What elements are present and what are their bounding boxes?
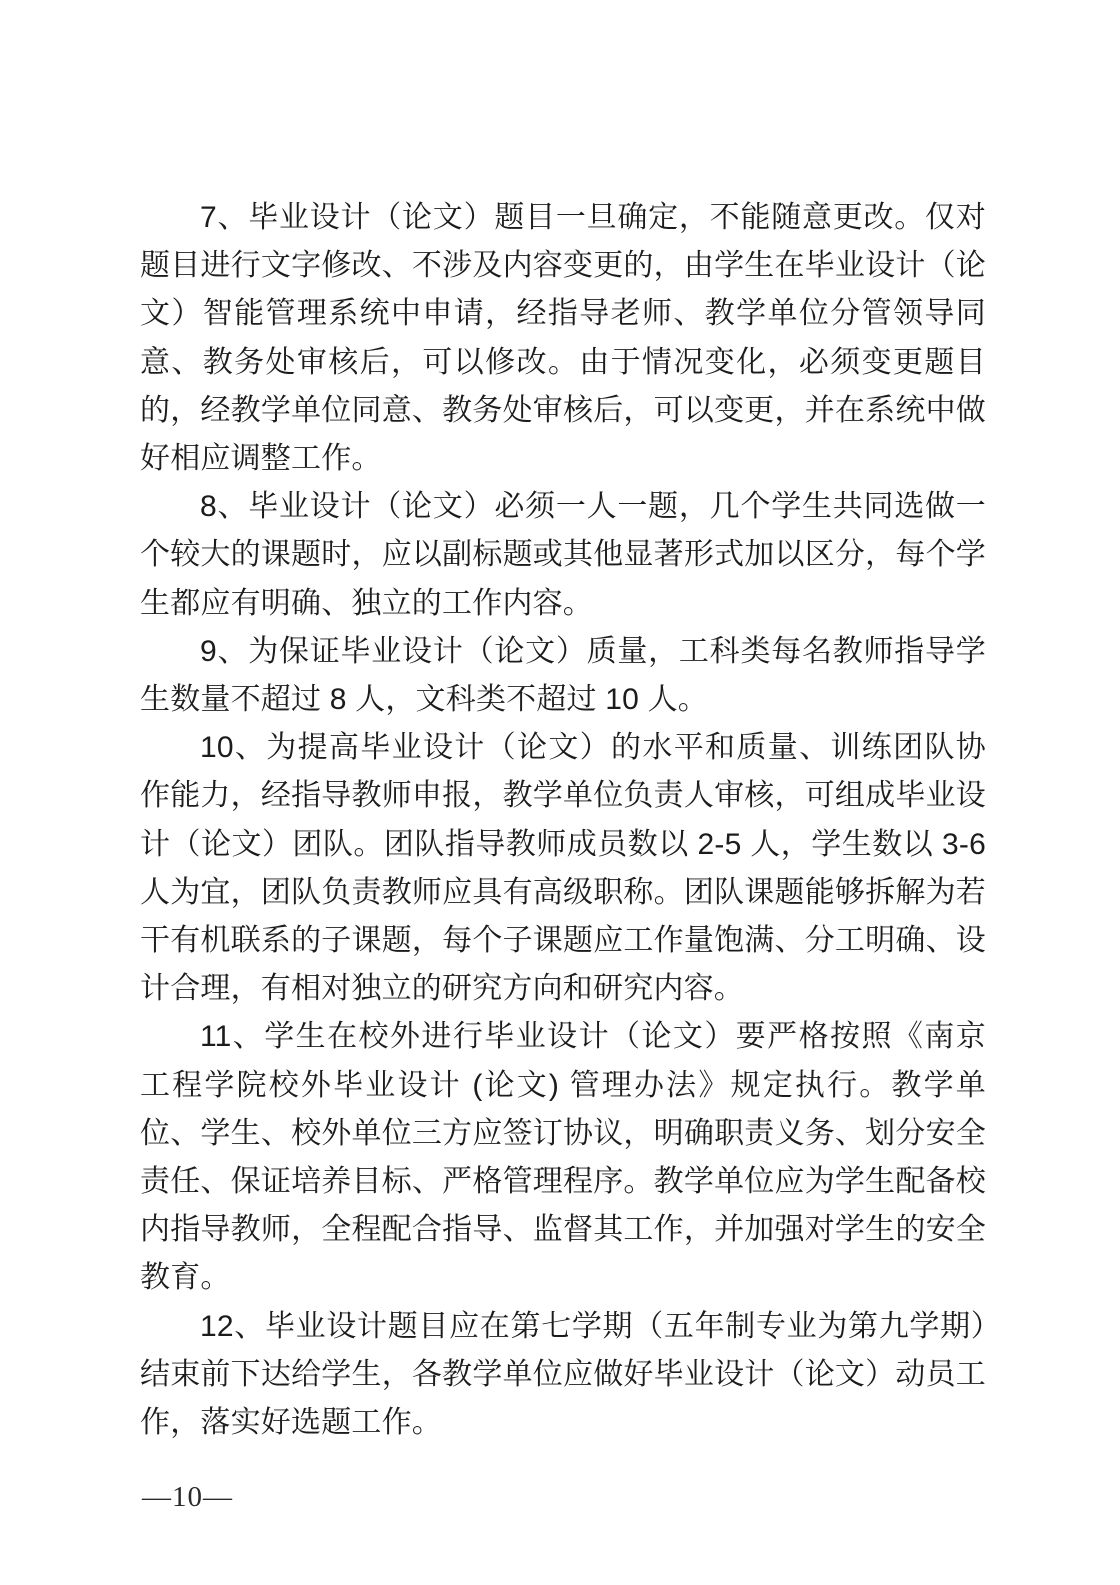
page-number: —10— [142,1481,233,1514]
paragraph-8: 8、毕业设计（论文）必须一人一题，几个学生共同选做一个较大的课题时，应以副标题或… [140,483,986,628]
document-page: 7、毕业设计（论文）题目一旦确定，不能随意更改。仅对题目进行文字修改、不涉及内容… [0,0,1120,1585]
paragraph-7: 7、毕业设计（论文）题目一旦确定，不能随意更改。仅对题目进行文字修改、不涉及内容… [140,194,986,483]
paragraph-12: 12、毕业设计题目应在第七学期（五年制专业为第九学期）结束前下达给学生，各教学单… [140,1303,986,1448]
document-body: 7、毕业设计（论文）题目一旦确定，不能随意更改。仅对题目进行文字修改、不涉及内容… [140,194,986,1447]
paragraph-9: 9、为保证毕业设计（论文）质量，工科类每名教师指导学生数量不超过 8 人，文科类… [140,628,986,724]
paragraph-11: 11、学生在校外进行毕业设计（论文）要严格按照《南京工程学院校外毕业设计 (论文… [140,1013,986,1302]
paragraph-10: 10、为提高毕业设计（论文）的水平和质量、训练团队协作能力，经指导教师申报，教学… [140,724,986,1013]
